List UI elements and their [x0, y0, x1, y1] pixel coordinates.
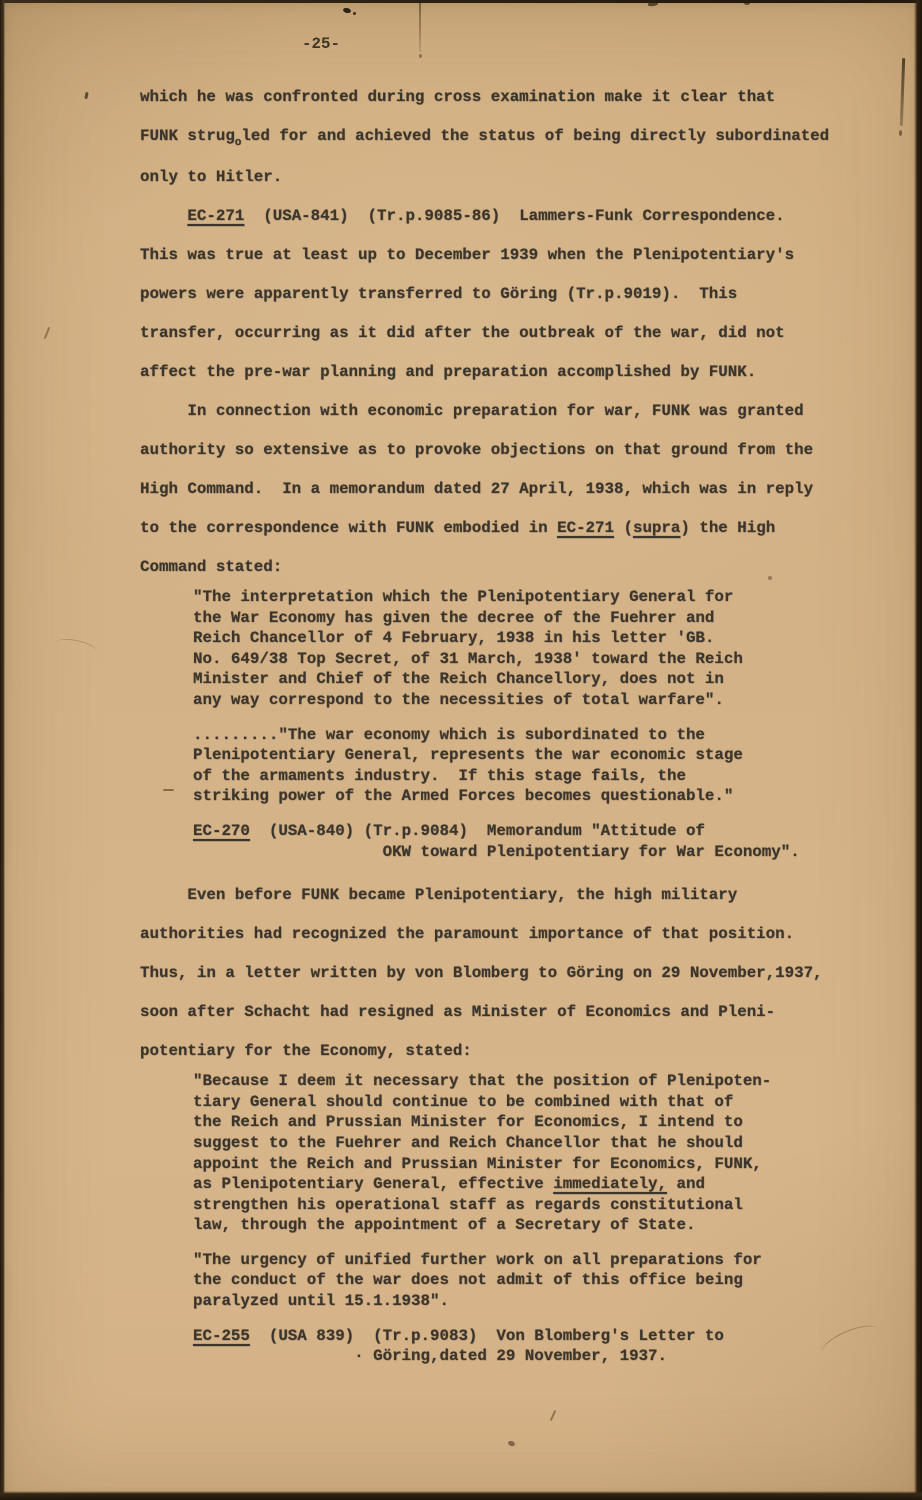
text-line: to the correspondence with FUNK embodied… [140, 509, 856, 548]
text-line: paralyzed until 15.1.1938". [193, 1291, 856, 1312]
text-line: High Command. In a memorandum dated 27 A… [140, 470, 856, 509]
text-line: tiary General should continue to be comb… [193, 1092, 856, 1113]
text-line: affect the pre-war planning and preparat… [140, 353, 856, 392]
text-line: In connection with economic preparation … [140, 392, 856, 431]
scan-edge-left [0, 0, 5, 1500]
text-line: This was true at least up to December 19… [140, 236, 856, 275]
scan-edge-bottom [0, 1491, 922, 1500]
text-line: ........."The war economy which is subor… [193, 725, 856, 746]
text-line: appoint the Reich and Prussian Minister … [193, 1154, 856, 1175]
pen-mark [899, 130, 902, 136]
text-line: the War Economy has given the decree of … [193, 608, 856, 629]
paragraph-before-funk: Even before FUNK became Plenipotentiary,… [140, 876, 856, 1071]
paper-fiber [54, 636, 98, 659]
text-line: any way correspond to the necessities of… [193, 690, 856, 711]
ink-speck [507, 1440, 515, 1447]
text-line: FUNK strugoled for and achieved the stat… [140, 117, 856, 158]
citation-ec-271: EC-271 (USA-841) (Tr.p.9085-86) Lammers-… [140, 197, 856, 236]
ink-speck [550, 1410, 556, 1421]
pen-mark [900, 58, 905, 126]
text-line: OKW toward Plenipotentiary for War Econo… [193, 842, 856, 863]
text-line: the conduct of the war does not admit of… [193, 1270, 856, 1291]
text-line: as Plenipotentiary General, effective im… [193, 1174, 856, 1195]
text-line: soon after Schacht had resigned as Minis… [140, 993, 856, 1032]
text-line: authorities had recognized the paramount… [140, 915, 856, 954]
ink-speck [84, 92, 88, 99]
scan-edge-top [0, 0, 922, 3]
citation-ec-255: EC-255 (USA 839) (Tr.p.9083) Von Blomber… [193, 1326, 856, 1367]
document-text: which he was confronted during cross exa… [140, 78, 856, 1381]
text-line: potentiary for the Economy, stated: [140, 1032, 856, 1071]
text-line: powers were apparently transferred to Gö… [140, 275, 856, 314]
paragraph-economic-preparation: In connection with economic preparation … [140, 392, 856, 587]
text-line: EC-255 (USA 839) (Tr.p.9083) Von Blomber… [193, 1326, 856, 1347]
text-line: Thus, in a letter written by von Blomber… [140, 954, 856, 993]
text-line: EC-270 (USA-840) (Tr.p.9084) Memorandum … [193, 821, 856, 842]
text-line: strengthen his operational staff as rega… [193, 1195, 856, 1216]
paragraph-funk-status: which he was confronted during cross exa… [140, 78, 856, 197]
ink-speck [343, 7, 352, 14]
text-line: of the armaments industry. If this stage… [193, 766, 856, 787]
text-line: Minister and Chief of the Reich Chancell… [193, 669, 856, 690]
page-number: -25- [0, 34, 922, 54]
text-line: Plenipotentiary General, represents the … [193, 745, 856, 766]
text-line: "The urgency of unified further work on … [193, 1250, 856, 1271]
text-line: law, through the appointment of a Secret… [193, 1215, 856, 1236]
text-line: · Göring,dated 29 November, 1937. [193, 1346, 856, 1367]
ink-speck [44, 327, 50, 339]
scanned-document-page: which he was confronted during cross exa… [0, 0, 922, 1500]
text-line: Command stated: [140, 548, 856, 587]
text-line: EC-271 (USA-841) (Tr.p.9085-86) Lammers-… [140, 197, 856, 236]
citation-ec-270: EC-270 (USA-840) (Tr.p.9084) Memorandum … [193, 821, 856, 862]
ink-speck [353, 12, 356, 15]
paragraph-plenipotentiary-transfer: This was true at least up to December 19… [140, 236, 856, 392]
text-line: only to Hitler. [140, 158, 856, 197]
text-line: the Reich and Prussian Minister for Econ… [193, 1112, 856, 1133]
blockquote-blomberg-letter: "Because I deem it necessary that the po… [193, 1071, 856, 1236]
text-line: striking power of the Armed Forces becom… [193, 786, 856, 807]
text-line: No. 649/38 Top Secret, of 31 March, 1938… [193, 649, 856, 670]
scan-edge-right [914, 0, 922, 1500]
text-line: Even before FUNK became Plenipotentiary,… [140, 876, 856, 915]
text-line: transfer, occurring as it did after the … [140, 314, 856, 353]
ink-speck [419, 54, 422, 58]
text-line: which he was confronted during cross exa… [140, 78, 856, 117]
text-line: authority so extensive as to provoke obj… [140, 431, 856, 470]
text-line: suggest to the Fuehrer and Reich Chancel… [193, 1133, 856, 1154]
blockquote-okw-interpretation: "The interpretation which the Plenipoten… [193, 587, 856, 711]
blockquote-urgency: "The urgency of unified further work on … [193, 1250, 856, 1312]
text-line: "The interpretation which the Plenipoten… [193, 587, 856, 608]
text-line: "Because I deem it necessary that the po… [193, 1071, 856, 1092]
blockquote-war-economy: ........."The war economy which is subor… [193, 725, 856, 807]
text-line: Reich Chancellor of 4 February, 1938 in … [193, 628, 856, 649]
